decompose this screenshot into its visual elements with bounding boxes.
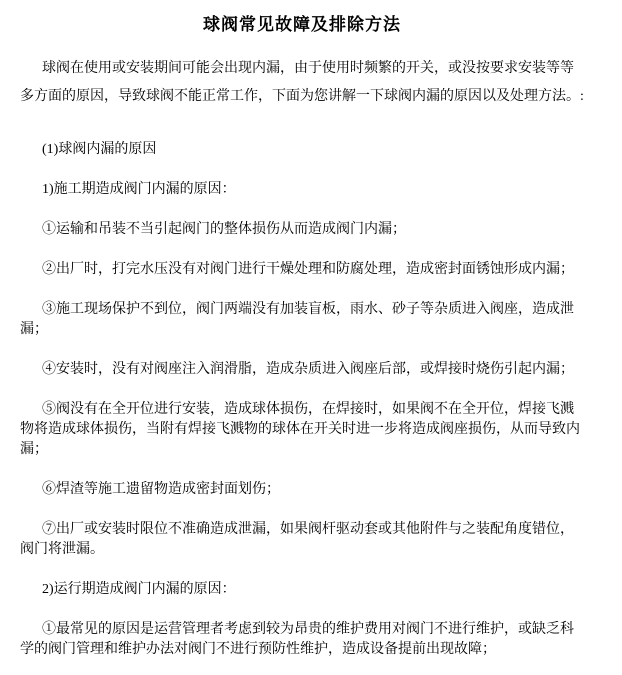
text-line: 物将造成球体损伤，当附有焊接飞溅物的球体在开关时进一步将造成阀座损伤，从而导致内	[20, 420, 584, 440]
construction-item-2: ②出厂时，打完水压没有对阀门进行干燥处理和防腐处理，造成密封面锈蚀形成内漏；	[20, 260, 584, 280]
text-line: ①最常见的原因是运营管理者考虑到较为昂贵的维护费用对阀门不进行维护，或缺乏科	[20, 620, 584, 640]
text-line: 多方面的原因，导致球阀不能正常工作，下面为您讲解一下球阀内漏的原因以及处理方法。…	[20, 83, 584, 111]
document-page: 球阀常见故障及排除方法 球阀在使用或安装期间可能会出现内漏，由于使用时频繁的开关…	[0, 0, 622, 675]
subsection-heading-operation-period: 2)运行期造成阀门内漏的原因：	[20, 580, 584, 600]
document-title: 球阀常见故障及排除方法	[20, 13, 584, 36]
text-line: ④安装时，没有对阀座注入润滑脂，造成杂质进入阀座后部，或焊接时烧伤引起内漏；	[20, 360, 584, 380]
subsection-heading-construction-period: 1)施工期造成阀门内漏的原因：	[20, 180, 584, 200]
text-line: ①运输和吊装不当引起阀门的整体损伤从而造成阀门内漏；	[20, 220, 584, 240]
construction-item-5: ⑤阀没有在全开位进行安装，造成球体损伤，在焊接时，如果阀不在全开位，焊接飞溅 物…	[20, 400, 584, 460]
construction-item-6: ⑥焊渣等施工遗留物造成密封面划伤；	[20, 480, 584, 500]
construction-item-4: ④安装时，没有对阀座注入润滑脂，造成杂质进入阀座后部，或焊接时烧伤引起内漏；	[20, 360, 584, 380]
text-line: 学的阀门管理和维护办法对阀门不进行预防性维护，造成设备提前出现故障；	[20, 640, 584, 660]
text-line: 漏；	[20, 440, 584, 460]
text-line: 2)运行期造成阀门内漏的原因：	[20, 580, 584, 600]
text-line: 1)施工期造成阀门内漏的原因：	[20, 180, 584, 200]
construction-item-1: ①运输和吊装不当引起阀门的整体损伤从而造成阀门内漏；	[20, 220, 584, 240]
section-heading-inner-leak-causes: (1)球阀内漏的原因	[20, 140, 584, 160]
intro-paragraph: 球阀在使用或安装期间可能会出现内漏，由于使用时频繁的开关，或没按要求安装等等 多…	[20, 55, 584, 111]
text-line: ⑤阀没有在全开位进行安装，造成球体损伤，在焊接时，如果阀不在全开位，焊接飞溅	[20, 400, 584, 420]
text-line: 漏；	[20, 320, 584, 340]
text-line: 阀门将泄漏。	[20, 540, 584, 560]
text-line: ③施工现场保护不到位，阀门两端没有加装盲板，雨水、砂子等杂质进入阀座，造成泄	[20, 300, 584, 320]
text-line: 球阀在使用或安装期间可能会出现内漏，由于使用时频繁的开关，或没按要求安装等等	[20, 55, 584, 83]
text-line: ⑦出厂或安装时限位不准确造成泄漏，如果阀杆驱动套或其他附件与之装配角度错位，	[20, 520, 584, 540]
operation-item-1: ①最常见的原因是运营管理者考虑到较为昂贵的维护费用对阀门不进行维护，或缺乏科 学…	[20, 620, 584, 660]
text-line: (1)球阀内漏的原因	[20, 140, 584, 160]
construction-item-7: ⑦出厂或安装时限位不准确造成泄漏，如果阀杆驱动套或其他附件与之装配角度错位， 阀…	[20, 520, 584, 560]
text-line: ⑥焊渣等施工遗留物造成密封面划伤；	[20, 480, 584, 500]
text-line: ②出厂时，打完水压没有对阀门进行干燥处理和防腐处理，造成密封面锈蚀形成内漏；	[20, 260, 584, 280]
construction-item-3: ③施工现场保护不到位，阀门两端没有加装盲板，雨水、砂子等杂质进入阀座，造成泄 漏…	[20, 300, 584, 340]
